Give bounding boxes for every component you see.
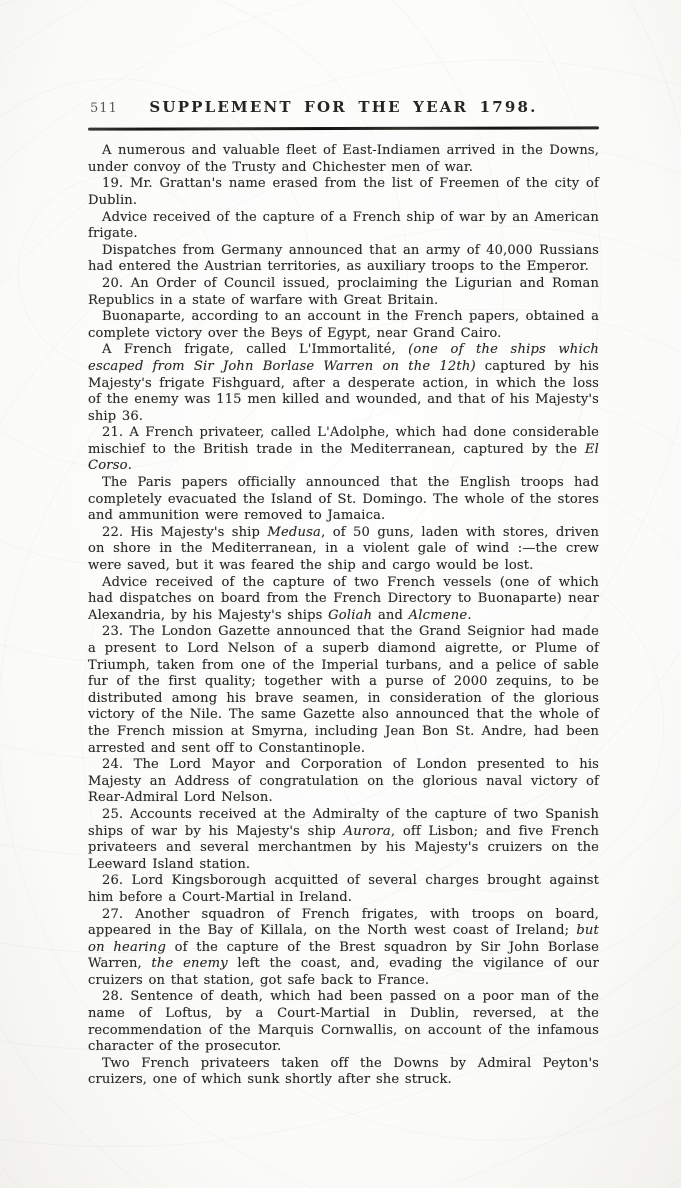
paragraph: Two French privateers taken off the Down… [88,1056,599,1089]
text-run: 24. The Lord Mayor and Corporation of Lo… [88,757,599,805]
text-run: The Paris papers officially announced th… [88,475,599,523]
text-block: 511 SUPPLEMENT FOR THE YEAR 1798. A nume… [88,98,599,1089]
text-run: A numerous and valuable fleet of East-In… [88,143,599,175]
text-run: Buonaparte, according to an account in t… [88,309,599,341]
paragraph: 19. Mr. Grattan's name erased from the l… [88,176,599,209]
paragraph: 20. An Order of Council issued, proclaim… [88,276,599,309]
text-run: 26. Lord Kingsborough acquitted of sever… [88,873,599,905]
page-title: SUPPLEMENT FOR THE YEAR 1798. [88,98,599,116]
paragraph: 21. A French privateer, called L'Adolphe… [88,425,599,475]
text-run: Two French privateers taken off the Down… [88,1056,599,1088]
text-run: 20. An Order of Council issued, proclaim… [88,276,599,308]
italic-text-run: Goliah [328,608,372,623]
paragraph: 23. The London Gazette announced that th… [88,624,599,757]
paragraph: 28. Sentence of death, which had been pa… [88,989,599,1055]
paragraph: 22. His Majesty's ship Medusa, of 50 gun… [88,525,599,575]
paragraph: Dispatches from Germany announced that a… [88,243,599,276]
paragraph: Advice received of the capture of two Fr… [88,575,599,625]
text-run: 28. Sentence of death, which had been pa… [88,989,599,1054]
italic-text-run: Alcmene [409,608,468,623]
paragraph: The Paris papers officially announced th… [88,475,599,525]
scanned-document-page: 511 SUPPLEMENT FOR THE YEAR 1798. A nume… [0,0,681,1188]
paragraph: A numerous and valuable fleet of East-In… [88,143,599,176]
text-run: 19. Mr. Grattan's name erased from the l… [88,176,599,208]
text-run: . [128,458,132,473]
text-run: 27. Another squadron of French frigates,… [88,907,599,939]
paragraph: Advice received of the capture of a Fren… [88,210,599,243]
text-run: 21. A French privateer, called L'Adolphe… [88,425,599,457]
paragraph: 25. Accounts received at the Admiralty o… [88,807,599,873]
text-run: and [372,608,408,623]
italic-text-run: Aurora [344,824,391,839]
text-run: Dispatches from Germany announced that a… [88,243,599,275]
italic-text-run: Medusa [267,525,321,540]
text-run: 22. His Majesty's ship [102,525,267,540]
text-run: Advice received of the capture of a Fren… [88,210,599,242]
header-rule [88,126,599,131]
text-run: A French frigate, called L'Immortalité, [102,342,408,357]
paragraph: 27. Another squadron of French frigates,… [88,907,599,990]
italic-text-run: the enemy [151,956,227,971]
paragraphs: A numerous and valuable fleet of East-In… [88,143,599,1089]
page-number: 511 [90,101,118,116]
text-run: 23. The London Gazette announced that th… [88,624,599,755]
paragraph: A French frigate, called L'Immortalité, … [88,342,599,425]
paragraph: Buonaparte, according to an account in t… [88,309,599,342]
paragraph: 24. The Lord Mayor and Corporation of Lo… [88,757,599,807]
running-head: 511 SUPPLEMENT FOR THE YEAR 1798. [88,98,599,120]
text-run: . [467,608,471,623]
paragraph: 26. Lord Kingsborough acquitted of sever… [88,873,599,906]
